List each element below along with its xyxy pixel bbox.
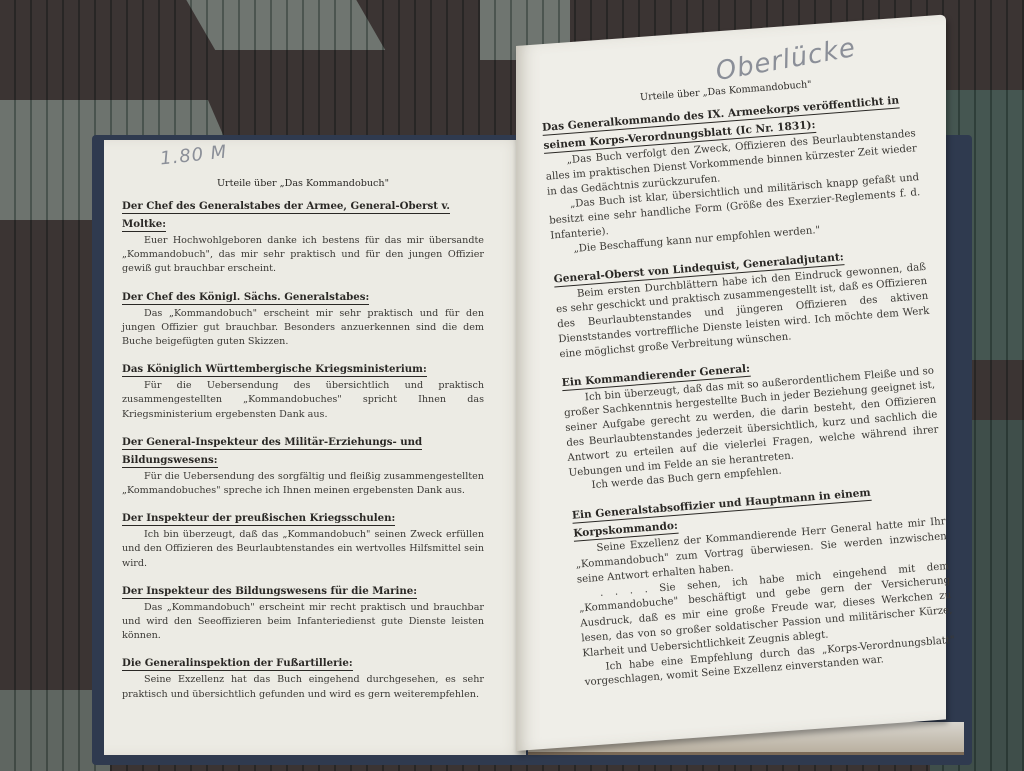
review-section: Der Inspekteur der preußischen Kriegssch… [122,507,484,571]
section-title-wrap: Das Königlich Württembergische Kriegsmin… [122,358,484,376]
review-section: Die Generalinspektion der Fußartillerie:… [122,652,484,701]
section-title: Die Generalinspektion der Fußartillerie: [122,657,353,671]
right-page-content: Urteile über „Das Kommandobuch" Das Gene… [540,71,957,700]
section-body: Für die Uebersendung des übersichtlich u… [122,379,484,422]
section-title: Der Inspekteur der preußischen Kriegssch… [122,512,395,526]
review-section: Ein Generalstabsoffizier und Hauptmann i… [571,476,956,691]
left-page-heading: Urteile über „Das Kommandobuch" [122,178,484,189]
review-section: General-Oberst von Lindequist, Generalad… [553,240,931,363]
section-title-wrap: Der Inspekteur des Bildungswesens für di… [122,580,484,598]
section-title: Das Königlich Württembergische Kriegsmin… [122,363,427,377]
section-body: Seine Exzellenz der Kommandierende Herr … [574,515,956,691]
right-sections: Das Generalkommando des IX. Armeekorps v… [541,88,956,691]
section-body: Das „Kommandobuch" erscheint mir recht p… [122,601,484,644]
review-section: Der General-Inspekteur des Militär-Erzie… [122,431,484,498]
section-title-wrap: Der General-Inspekteur des Militär-Erzie… [122,431,484,467]
review-section: Das Generalkommando des IX. Armeekorps v… [541,88,923,259]
left-page-content: Urteile über „Das Kommandobuch" Der Chef… [122,178,484,711]
section-title: Der Chef des Generalstabes der Armee, Ge… [122,200,450,232]
section-title-wrap: Der Chef des Königl. Sächs. Generalstabe… [122,286,484,304]
review-section: Der Inspekteur des Bildungswesens für di… [122,580,484,644]
section-title: Der Inspekteur des Bildungswesens für di… [122,585,417,599]
review-section: Ein Kommandierender General:Ich bin über… [561,343,941,496]
section-body: Euer Hochwohlgeboren danke ich bestens f… [122,234,484,277]
section-body: Das „Kommandobuch" erscheint mir sehr pr… [122,307,484,350]
section-title: Der Chef des Königl. Sächs. Generalstabe… [122,291,369,305]
left-sections: Der Chef des Generalstabes der Armee, Ge… [122,195,484,702]
section-body: Für die Uebersendung des sorgfältig und … [122,470,484,498]
section-title-wrap: Die Generalinspektion der Fußartillerie: [122,652,484,670]
section-body: Ich bin überzeugt, daß das „Kommandobuch… [122,528,484,571]
section-title-wrap: Der Chef des Generalstabes der Armee, Ge… [122,195,484,231]
section-title-wrap: Der Inspekteur der preußischen Kriegssch… [122,507,484,525]
review-section: Der Chef des Generalstabes der Armee, Ge… [122,195,484,277]
review-section: Der Chef des Königl. Sächs. Generalstabe… [122,286,484,350]
section-title: Der General-Inspekteur des Militär-Erzie… [122,436,422,468]
review-section: Das Königlich Württembergische Kriegsmin… [122,358,484,422]
section-body: Seine Exzellenz hat das Buch eingehend d… [122,673,484,701]
